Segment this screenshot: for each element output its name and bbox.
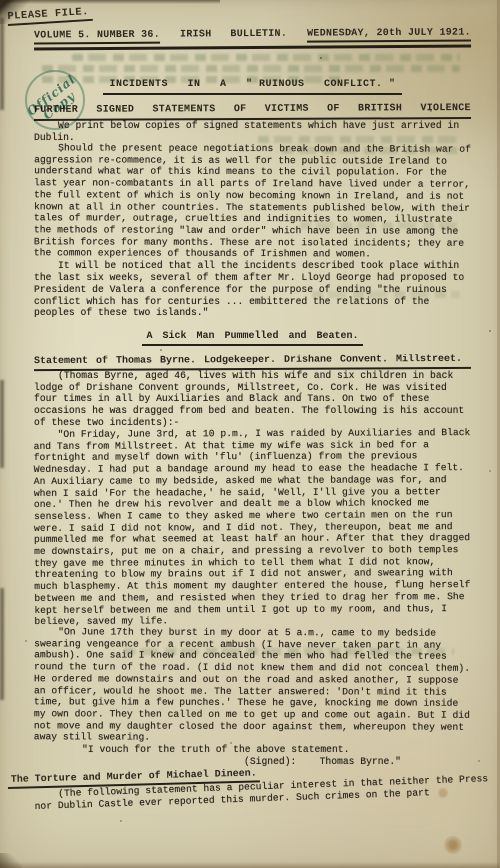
stain — [444, 836, 462, 854]
statement-intro-paragraph: (Thomas Byrne, aged 46, lives with his w… — [34, 370, 471, 429]
page-edge — [0, 862, 500, 868]
intro-paragraph-1: We print below copies of signed statemen… — [34, 120, 471, 143]
statement-heading: Statement of Thomas Byrne. Lodgekeeper. … — [34, 354, 471, 371]
official-copy-stamp: Official Copy — [25, 70, 85, 130]
paper-sheet: PLEASE FILE. VOLUME 5. NUMBER 36. IRISH … — [0, 0, 500, 868]
vouch-line: "I vouch for the truth of the above stat… — [34, 744, 471, 756]
headline-secondary: FURTHER SIGNED STATEMENTS OF VICTIMS OF … — [34, 103, 471, 121]
signature-line: (Signed): Thomas Byrne." — [34, 756, 471, 768]
page-edge — [0, 18, 4, 110]
intro-paragraph-2: Should the present peace negotiations br… — [34, 143, 471, 262]
masthead-volume: VOLUME 5. NUMBER 36. — [34, 30, 160, 45]
page-edge — [0, 0, 220, 4]
masthead: VOLUME 5. NUMBER 36. IRISH BULLETIN. WED… — [34, 27, 471, 50]
stain — [437, 787, 449, 799]
headline-primary: INCIDENTS IN A " RUINOUS CONFLICT. " — [103, 79, 401, 95]
section1-heading: A Sick Man Pummelled and Beaten. — [142, 331, 362, 346]
statement-paragraph-june17: "On June 17th they burst in my door at 5… — [34, 627, 471, 746]
intro-paragraph-3: It will be noticed that all the incident… — [34, 260, 471, 319]
statement-paragraph-june3: "On Friday, June 3rd, at 10 p.m., I was … — [34, 428, 472, 629]
page-edge — [0, 588, 4, 700]
irish-bulletin-page: Official Copy PLEASE FILE. VOLUME 5. NUM… — [0, 0, 500, 868]
ink-specks — [0, 0, 2, 2]
page-edge — [0, 380, 4, 468]
masthead-title: IRISH BULLETIN. — [180, 29, 287, 41]
masthead-date: WEDNESDAY, 20th JULY 1921. — [307, 27, 471, 42]
